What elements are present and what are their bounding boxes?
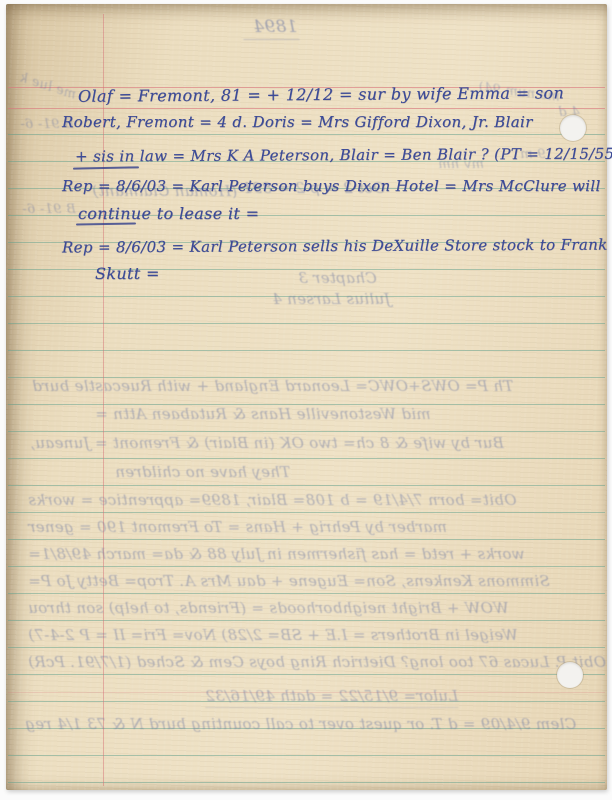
showthrough-line: Simmons Kenkens, Son= Eugene + dau Mrs A… [28,573,550,590]
hole-punch-bottom [557,662,583,688]
handwriting-line: continue to lease it = [78,205,259,223]
showthrough-line: Th P= OWS+OWC= Leonard England + with Ru… [32,378,513,395]
showthrough-line: works + retd = has fishermen in July 88 … [28,546,525,563]
showthrough-year: 1894 [243,18,299,40]
scanned-notebook-page: 1894 me lue k B 91- 6- me num 94) 4 d (H… [0,0,612,800]
handwriting-line: + sis in law = Mrs K A Peterson, Blair =… [75,146,612,166]
showthrough-line: They have no children [115,464,290,481]
top-red-rule-2 [8,108,605,109]
showthrough-fragment: Chapter 3 [298,270,377,287]
handwriting-line: Rep = 8/6/03 = Karl Peterson buys Dixon … [62,178,601,195]
handwriting-line: Skutt = [95,265,160,283]
showthrough-line: Obit= born 7/4/19 = b 108= Blair, 1899= … [28,492,516,509]
hole-punch-top [560,115,586,141]
showthrough-line: Lulor= 9/15/22 = dath 49/16/32 [205,688,458,708]
showthrough-fragment: B 91- 6- [22,203,76,217]
showthrough-line: mid Westoneville Hans & Rutabaen Attn = [95,406,431,423]
showthrough-line: marber by Pehrig + Hans = To Fremont 190… [28,519,447,536]
showthrough-line: Bur by wife & 8 ch= two OK (in Blair) & … [30,435,504,452]
handwriting-line: Robert, Fremont = 4 d. Doris = Mrs Giffo… [62,114,533,131]
showthrough-line: Clem 9/4/09 = d T. or quest over to call… [25,716,576,733]
handwriting-line: Rep = 8/6/03 = Karl Peterson sells his D… [62,237,608,257]
showthrough-line: Obit P. Lucas 67 too long? Dietrich Ring… [28,654,606,671]
showthrough-line: WOW + Bright neighborhoods = (Friends, t… [28,600,509,617]
showthrough-fragment: Julius Larsen 4 [272,291,391,308]
handwriting-line: Olaf = Fremont, 81 = + 12/12 = sur by wi… [78,84,564,106]
showthrough-line: Weigel in Brothers = I.E + SB= 2/28) Nov… [28,627,518,644]
